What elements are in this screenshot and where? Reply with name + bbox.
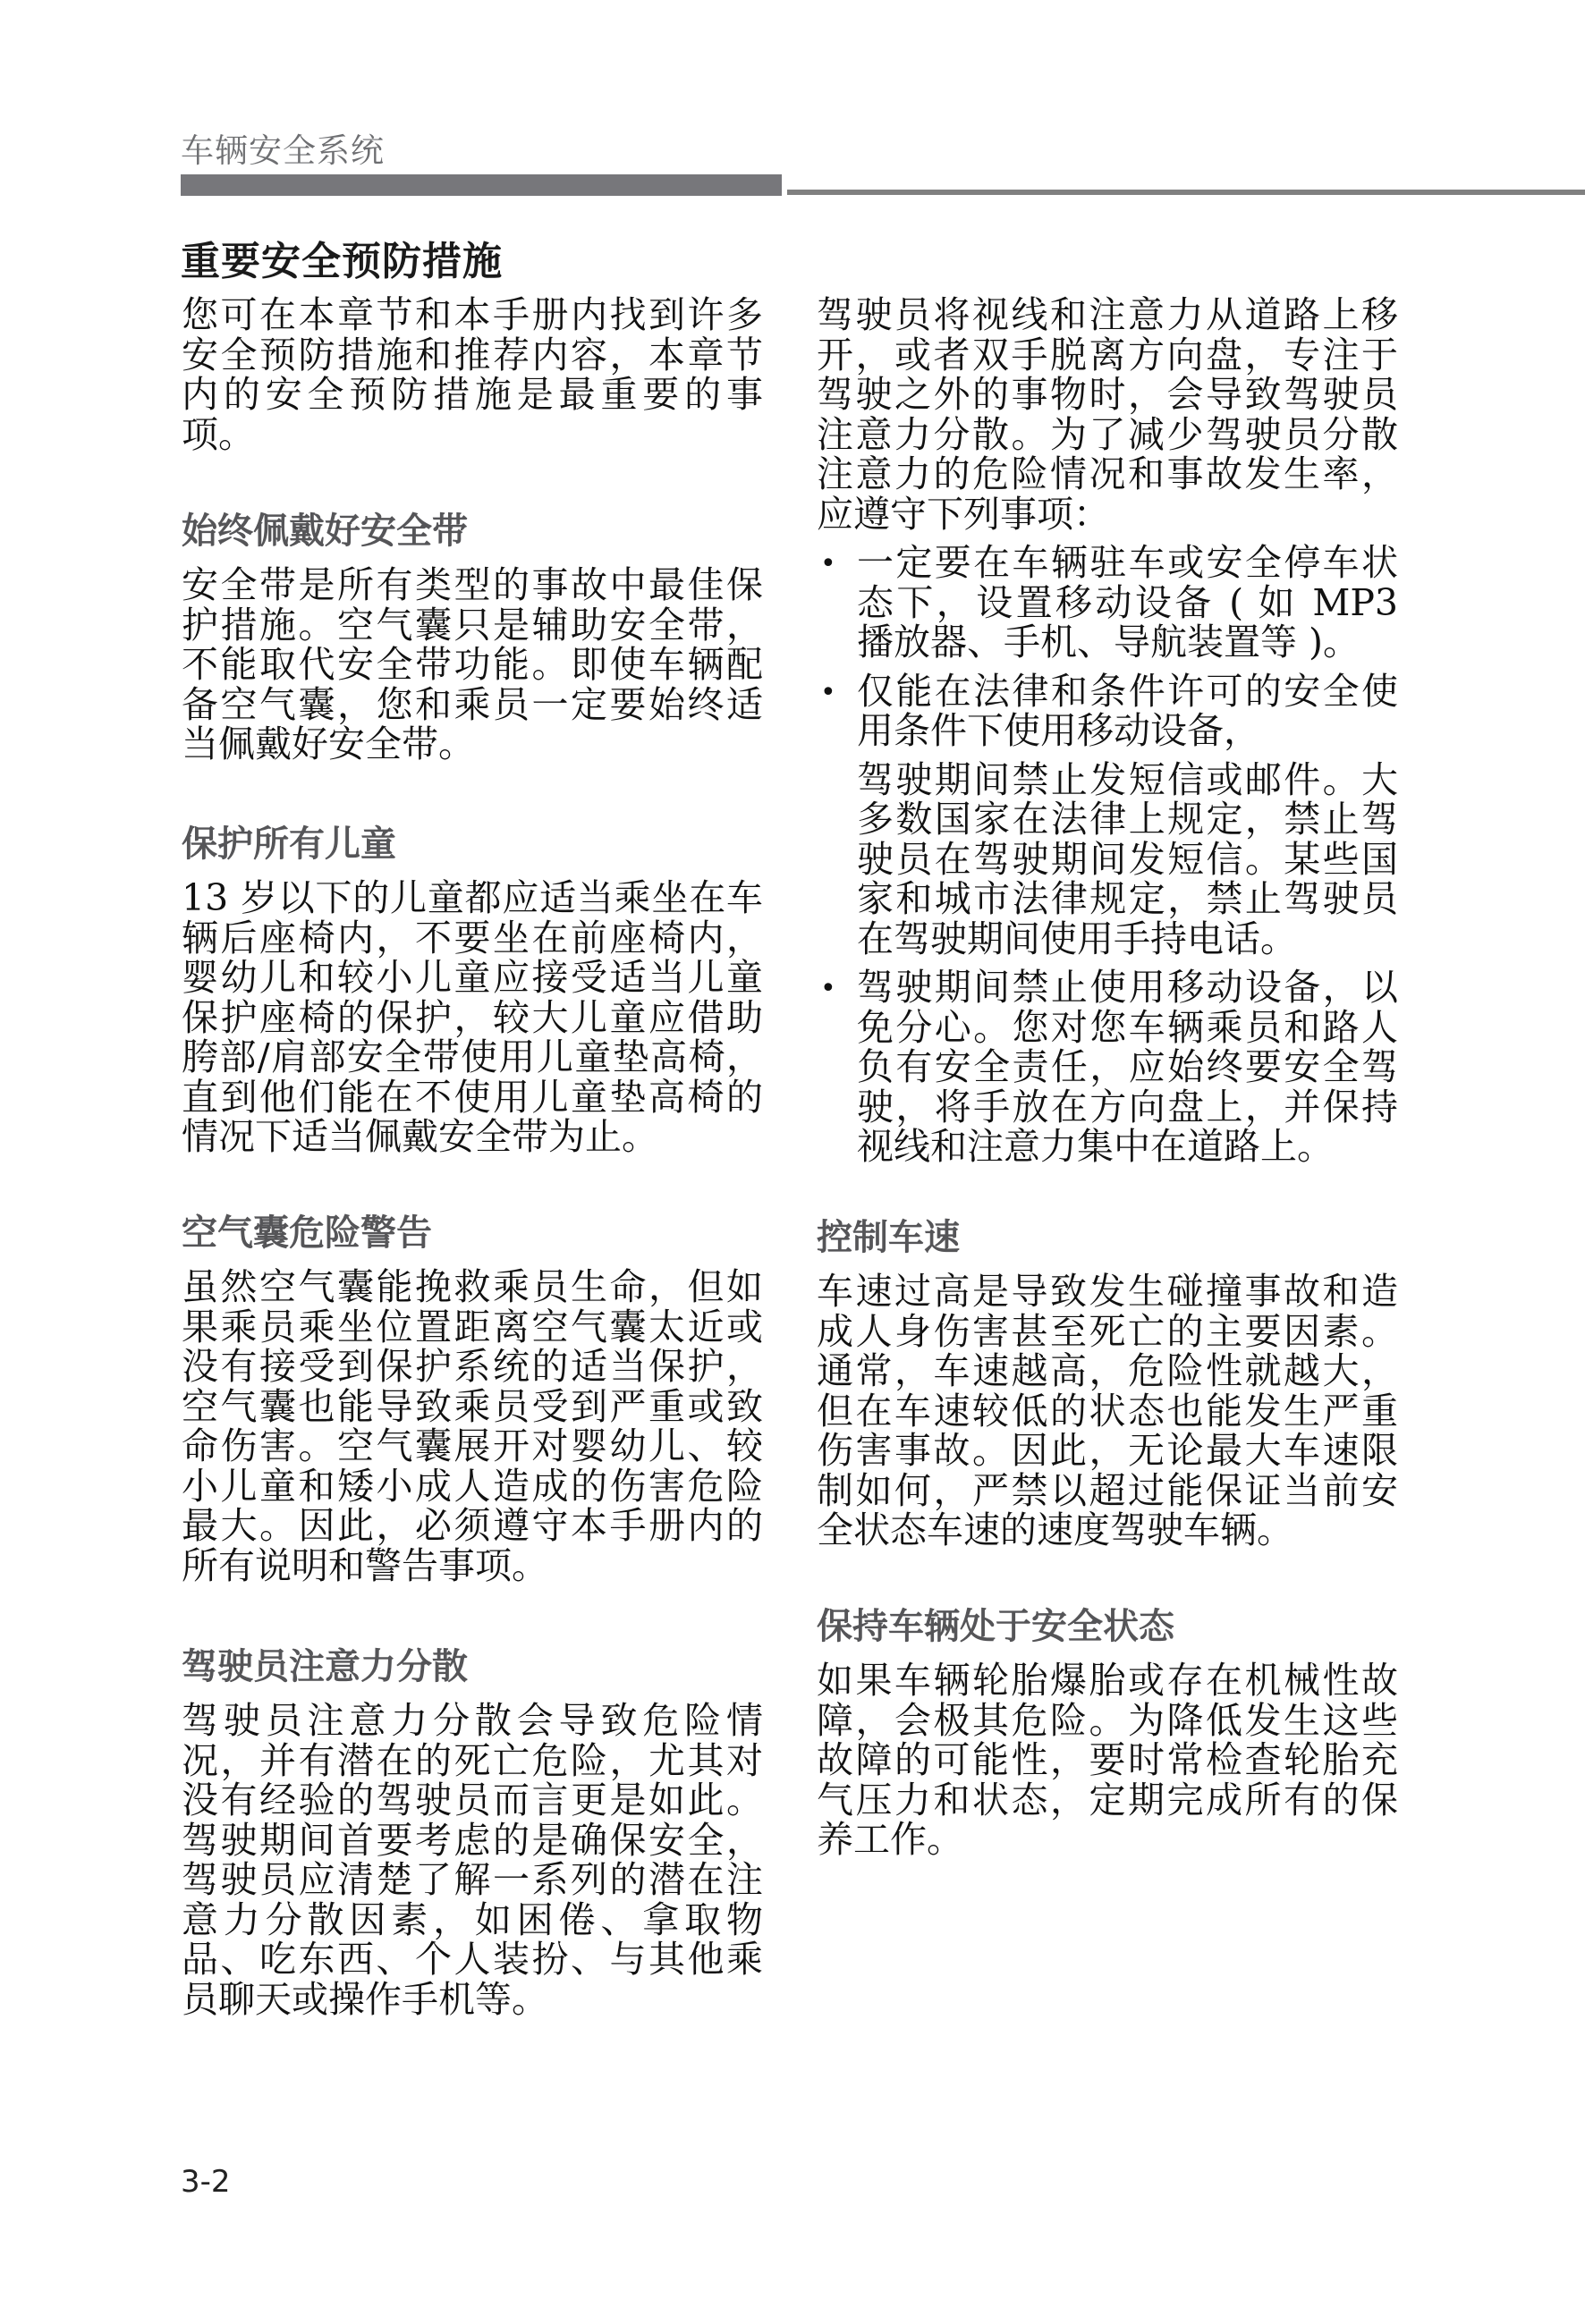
section-speed-control: 控制车速 车速过高是导致发生碰撞事故和造成人身伤害甚至死亡的主要因素。通常，车速…	[817, 1216, 1398, 1551]
intro-paragraph: 您可在本章节和本手册内找到许多安全预防措施和推荐内容，本章节内的安全预防措施是最…	[182, 295, 763, 454]
distraction-bullets: • 一定要在车辆驻车或安全停车状态下，设置移动设备 ( 如 MP3 播放器、手机…	[817, 543, 1398, 751]
section-airbag-warning: 空气囊危险警告 虽然空气囊能挽救乘员生命，但如果乘员乘坐位置距离空气囊太近或没有…	[182, 1212, 763, 1585]
list-item: • 一定要在车辆驻车或安全停车状态下，设置移动设备 ( 如 MP3 播放器、手机…	[817, 543, 1398, 663]
section-body: 驾驶员注意力分散会导致危险情况，并有潜在的死亡危险，尤其对没有经验的驾驶员而言更…	[182, 1701, 763, 2019]
section-body: 车速过高是导致发生碰撞事故和造成人身伤害甚至死亡的主要因素。通常，车速越高，危险…	[817, 1272, 1398, 1551]
section-heading: 始终佩戴好安全带	[182, 510, 763, 553]
header-bar-thin	[787, 190, 1585, 195]
bullet-icon: •	[820, 973, 836, 1004]
section-seatbelt: 始终佩戴好安全带 安全带是所有类型的事故中最佳保护措施。空气囊只是辅助安全带，不…	[182, 510, 763, 765]
list-item-text: 仅能在法律和条件许可的安全使用条件下使用移动设备，	[857, 672, 1398, 751]
section-body: 如果车辆轮胎爆胎或存在机械性故障，会极其危险。为降低发生这些故障的可能性，要时常…	[817, 1661, 1398, 1860]
right-intro: 驾驶员将视线和注意力从道路上移开，或者双手脱离方向盘，专注于驾驶之外的事物时，会…	[817, 295, 1398, 1176]
section-heading: 驾驶员注意力分散	[182, 1645, 763, 1688]
bullet-icon: •	[820, 677, 836, 708]
page-number: 3-2	[181, 2164, 231, 2200]
section-body: 虽然空气囊能挽救乘员生命，但如果乘员乘坐位置距离空气囊太近或没有接受到保护系统的…	[182, 1267, 763, 1585]
section-body: 13 岁以下的儿童都应适当乘坐在车辆后座椅内，不要坐在前座椅内，婴幼儿和较小儿童…	[182, 878, 763, 1157]
page-title: 重要安全预防措施	[181, 229, 503, 286]
section-driver-distraction: 驾驶员注意力分散 驾驶员注意力分散会导致危险情况，并有潜在的死亡危险，尤其对没有…	[182, 1645, 763, 2019]
texting-paragraph: 驾驶期间禁止发短信或邮件。大多数国家在法律上规定，禁止驾驶员在驾驶期间发短信。某…	[817, 760, 1398, 959]
section-body: 安全带是所有类型的事故中最佳保护措施。空气囊只是辅助安全带，不能取代安全带功能。…	[182, 565, 763, 765]
list-item: • 仅能在法律和条件许可的安全使用条件下使用移动设备，	[817, 672, 1398, 751]
header-bar-thick	[181, 174, 782, 196]
section-vehicle-safe-condition: 保持车辆处于安全状态 如果车辆轮胎爆胎或存在机械性故障，会极其危险。为降低发生这…	[817, 1605, 1398, 1860]
left-intro: 您可在本章节和本手册内找到许多安全预防措施和推荐内容，本章节内的安全预防措施是最…	[182, 295, 763, 454]
list-item-text: 一定要在车辆驻车或安全停车状态下，设置移动设备 ( 如 MP3 播放器、手机、导…	[857, 543, 1398, 663]
section-heading: 空气囊危险警告	[182, 1212, 763, 1255]
bullet-icon: •	[820, 548, 836, 579]
section-children: 保护所有儿童 13 岁以下的儿童都应适当乘坐在车辆后座椅内，不要坐在前座椅内，婴…	[182, 823, 763, 1157]
section-heading: 保持车辆处于安全状态	[817, 1605, 1398, 1648]
distraction-bullets-2: • 驾驶期间禁止使用移动设备，以免分心。您对您车辆乘员和路人负有安全责任，应始终…	[817, 968, 1398, 1167]
distraction-intro: 驾驶员将视线和注意力从道路上移开，或者双手脱离方向盘，专注于驾驶之外的事物时，会…	[817, 295, 1398, 534]
section-heading: 保护所有儿童	[182, 823, 763, 866]
list-item: • 驾驶期间禁止使用移动设备，以免分心。您对您车辆乘员和路人负有安全责任，应始终…	[817, 968, 1398, 1167]
list-item-text: 驾驶期间禁止使用移动设备，以免分心。您对您车辆乘员和路人负有安全责任，应始终要安…	[857, 968, 1398, 1167]
section-heading: 控制车速	[817, 1216, 1398, 1259]
running-head: 车辆安全系统	[181, 123, 385, 172]
